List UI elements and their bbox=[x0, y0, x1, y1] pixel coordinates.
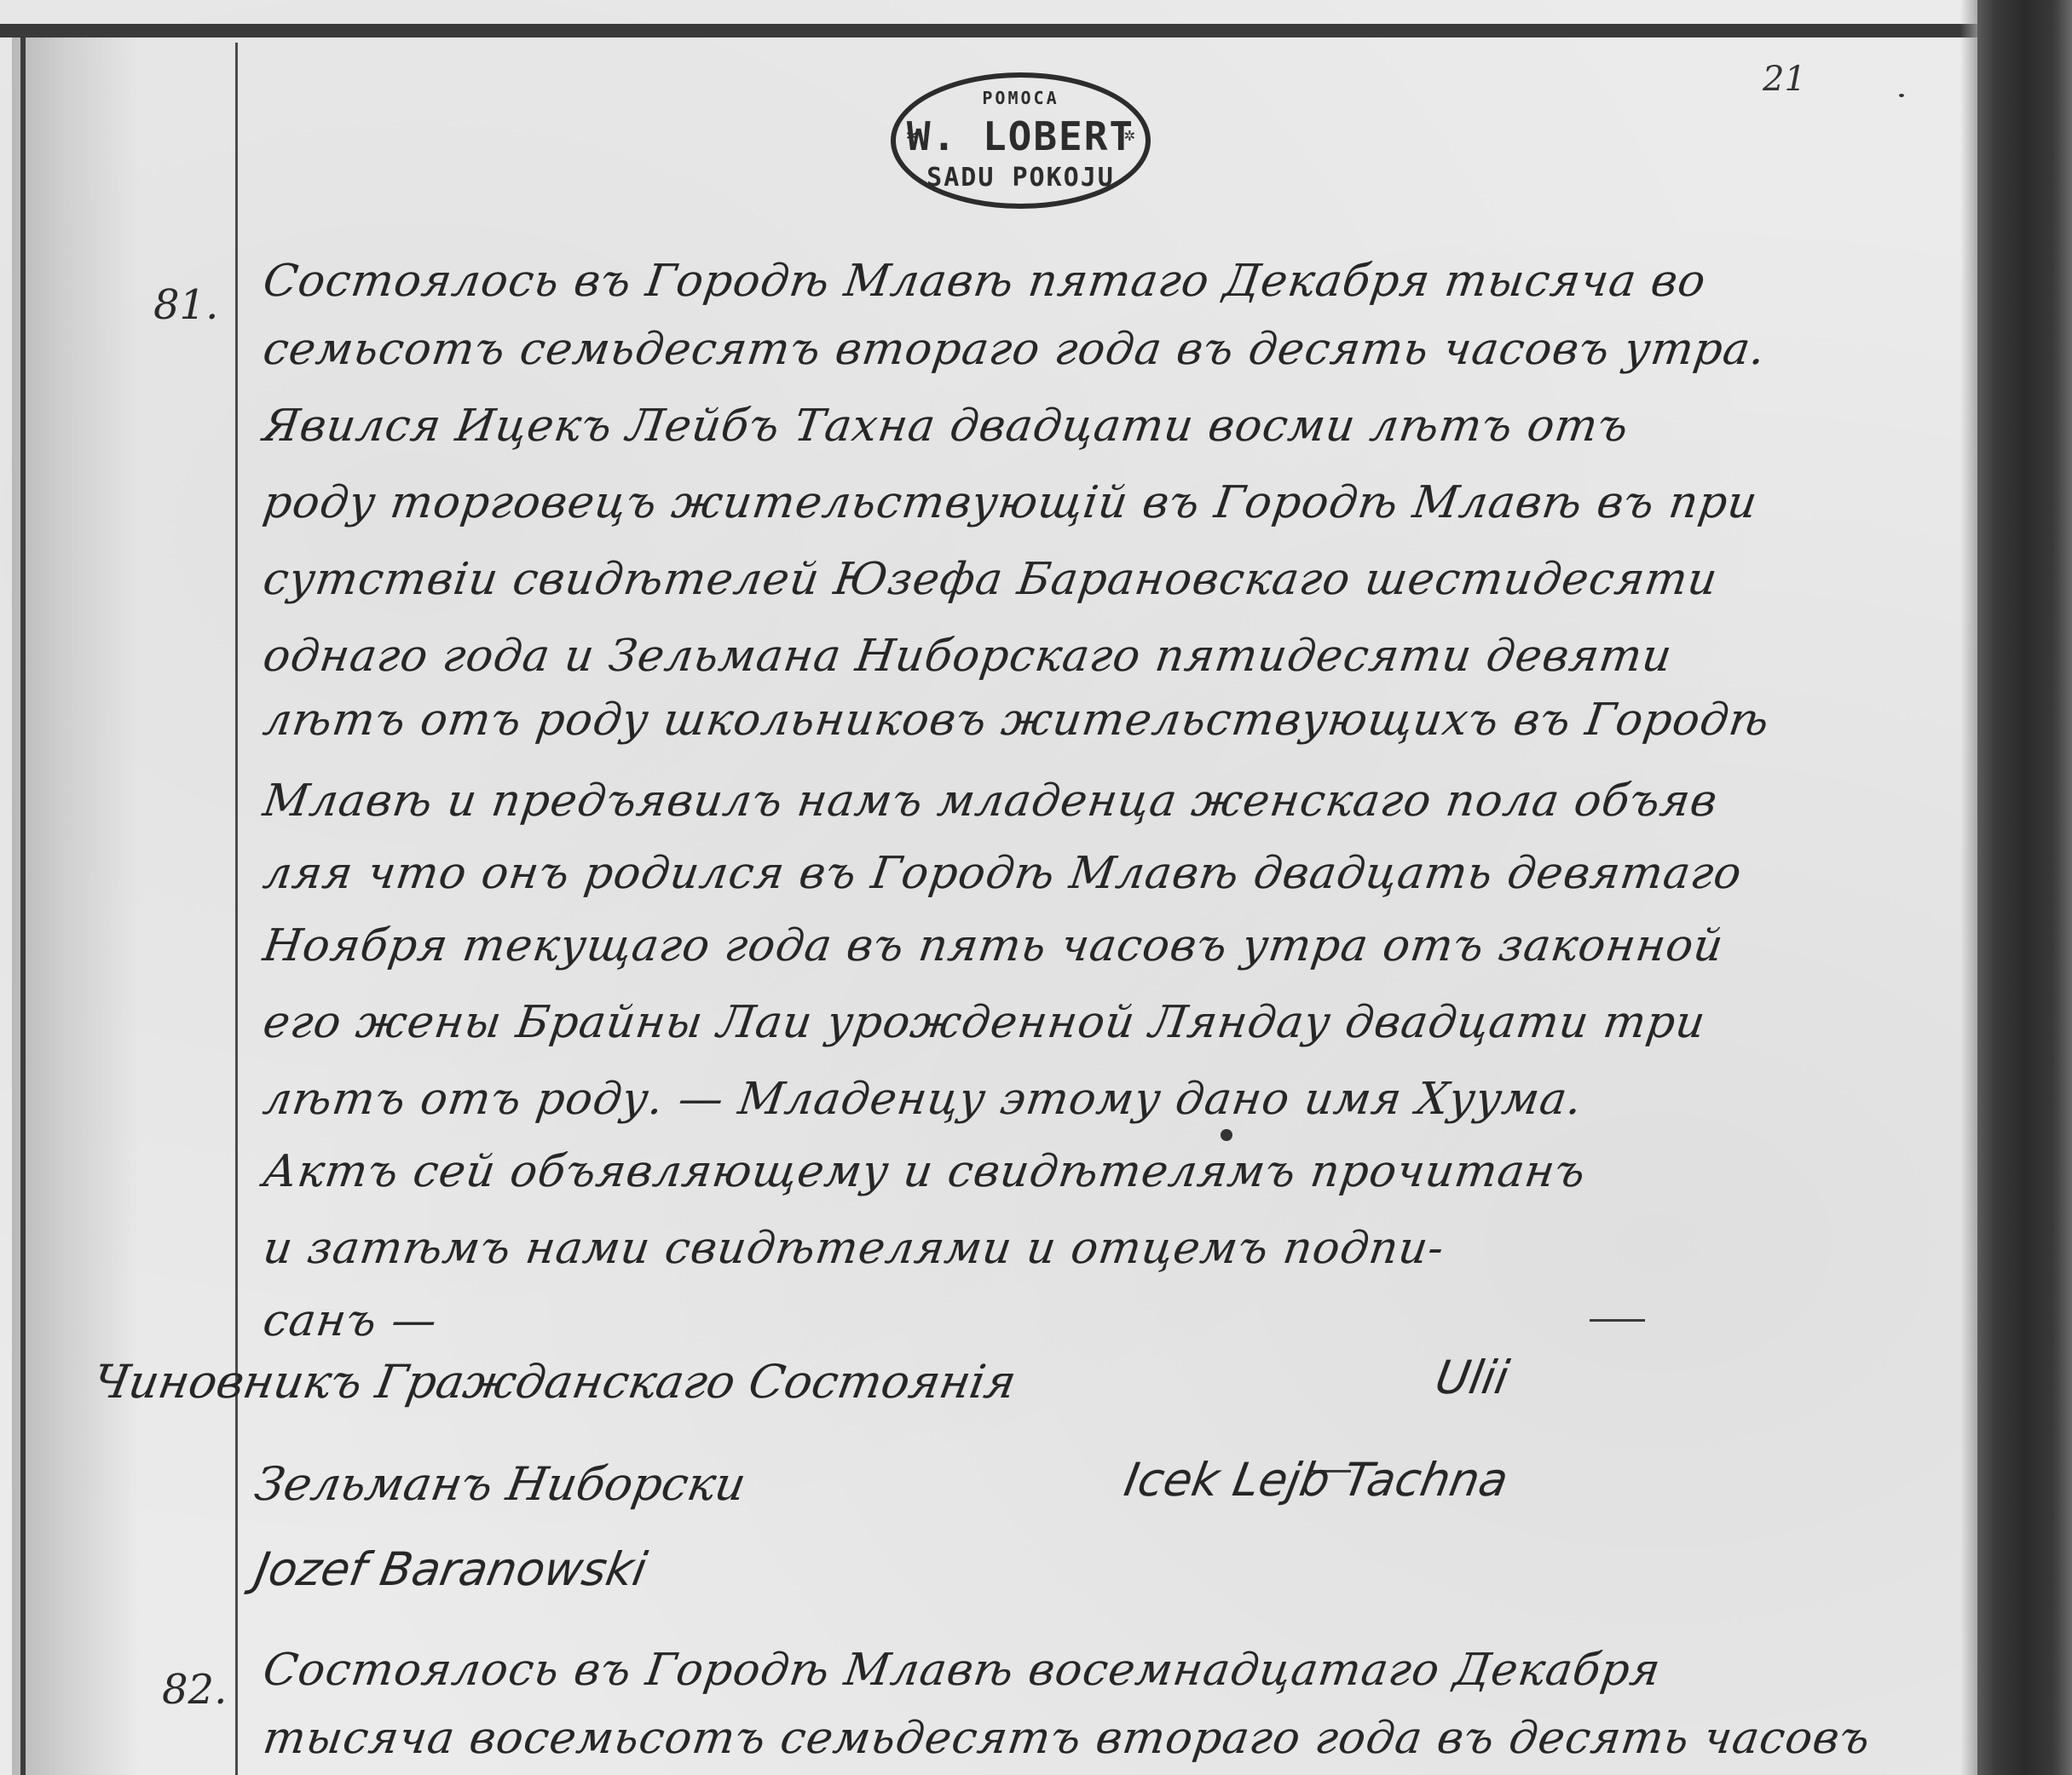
folio-number: 21 bbox=[1763, 60, 1806, 99]
record-line: лѣтъ отъ роду. — Младенцу этому дано имя… bbox=[260, 1074, 1963, 1125]
record-line: тысяча восемьсотъ семьдесятъ втораго год… bbox=[260, 1713, 1963, 1764]
record-line: санъ — bbox=[260, 1295, 1963, 1346]
stamp-ornament-icon: ✲ bbox=[1124, 124, 1135, 146]
record-line: Млавѣ и предъявилъ намъ младенца женскаг… bbox=[260, 775, 1963, 827]
official-label: Чиновникъ Гражданскаго Состоянія bbox=[89, 1355, 1020, 1409]
left-margin-shadow bbox=[12, 37, 140, 1775]
page-top-edge bbox=[0, 24, 2072, 37]
record-line: лѣтъ отъ роду школьниковъ жительствующих… bbox=[260, 694, 1963, 746]
record-line: Актъ сей объявляющему и свидѣтелямъ проч… bbox=[260, 1146, 1963, 1197]
record-line: Состоялось въ Городѣ Млавѣ восемнадцатаг… bbox=[260, 1645, 1963, 1696]
record-line: Ноября текущаго года въ пять часовъ утра… bbox=[260, 920, 1963, 971]
stamp-bottom-text: SADU POKOJU bbox=[896, 163, 1146, 193]
book-binding-edge bbox=[1977, 0, 2072, 1775]
record-line: семьсотъ семьдесятъ втораго года въ деся… bbox=[260, 324, 1963, 375]
record-line: однаго года и Зельмана Ниборскаго пятиде… bbox=[260, 631, 1963, 682]
father-signature: Icek Lejb Tachna bbox=[1120, 1453, 1512, 1507]
entry-number: 81. bbox=[153, 281, 218, 329]
signature-overline bbox=[1590, 1319, 1645, 1322]
ownership-stamp: POMOCA ✲ W. LOBERT ✲ SADU POKOJU bbox=[891, 72, 1151, 209]
record-line: ляя что онъ родился въ Городѣ Млавѣ двад… bbox=[260, 848, 1963, 899]
record-line: его жены Брайны Лаи урожденной Ляндау дв… bbox=[260, 997, 1963, 1048]
record-line: сутствіи свидѣтелей Юзефа Барановскаго ш… bbox=[260, 554, 1963, 605]
ink-speck bbox=[1899, 94, 1904, 97]
witness-signature: Зельманъ Ниборски bbox=[251, 1457, 749, 1511]
entry-number: 82. bbox=[162, 1666, 227, 1714]
page-left-edge bbox=[20, 37, 26, 1775]
scanned-page: 21 POMOCA ✲ W. LOBERT ✲ SADU POKOJU 81. … bbox=[0, 0, 2072, 1775]
official-signature: Ulii bbox=[1431, 1351, 1513, 1404]
record-line: Состоялось въ Городѣ Млавѣ пятаго Декабр… bbox=[260, 256, 1963, 307]
record-line: Явился Ицекъ Лейбъ Тахна двадцати восми … bbox=[260, 401, 1963, 452]
record-line: роду торговецъ жительствующій въ Городѣ … bbox=[260, 477, 1963, 528]
ruled-margin-line bbox=[235, 43, 238, 1775]
record-line: и затѣмъ нами свидѣтелями и отцемъ подпи… bbox=[260, 1223, 1963, 1274]
stamp-middle-text: W. LOBERT bbox=[896, 113, 1146, 159]
stamp-top-text: POMOCA bbox=[896, 88, 1146, 108]
ink-blot bbox=[1221, 1129, 1232, 1141]
witness-signature: Jozef Baranowski bbox=[251, 1542, 650, 1596]
